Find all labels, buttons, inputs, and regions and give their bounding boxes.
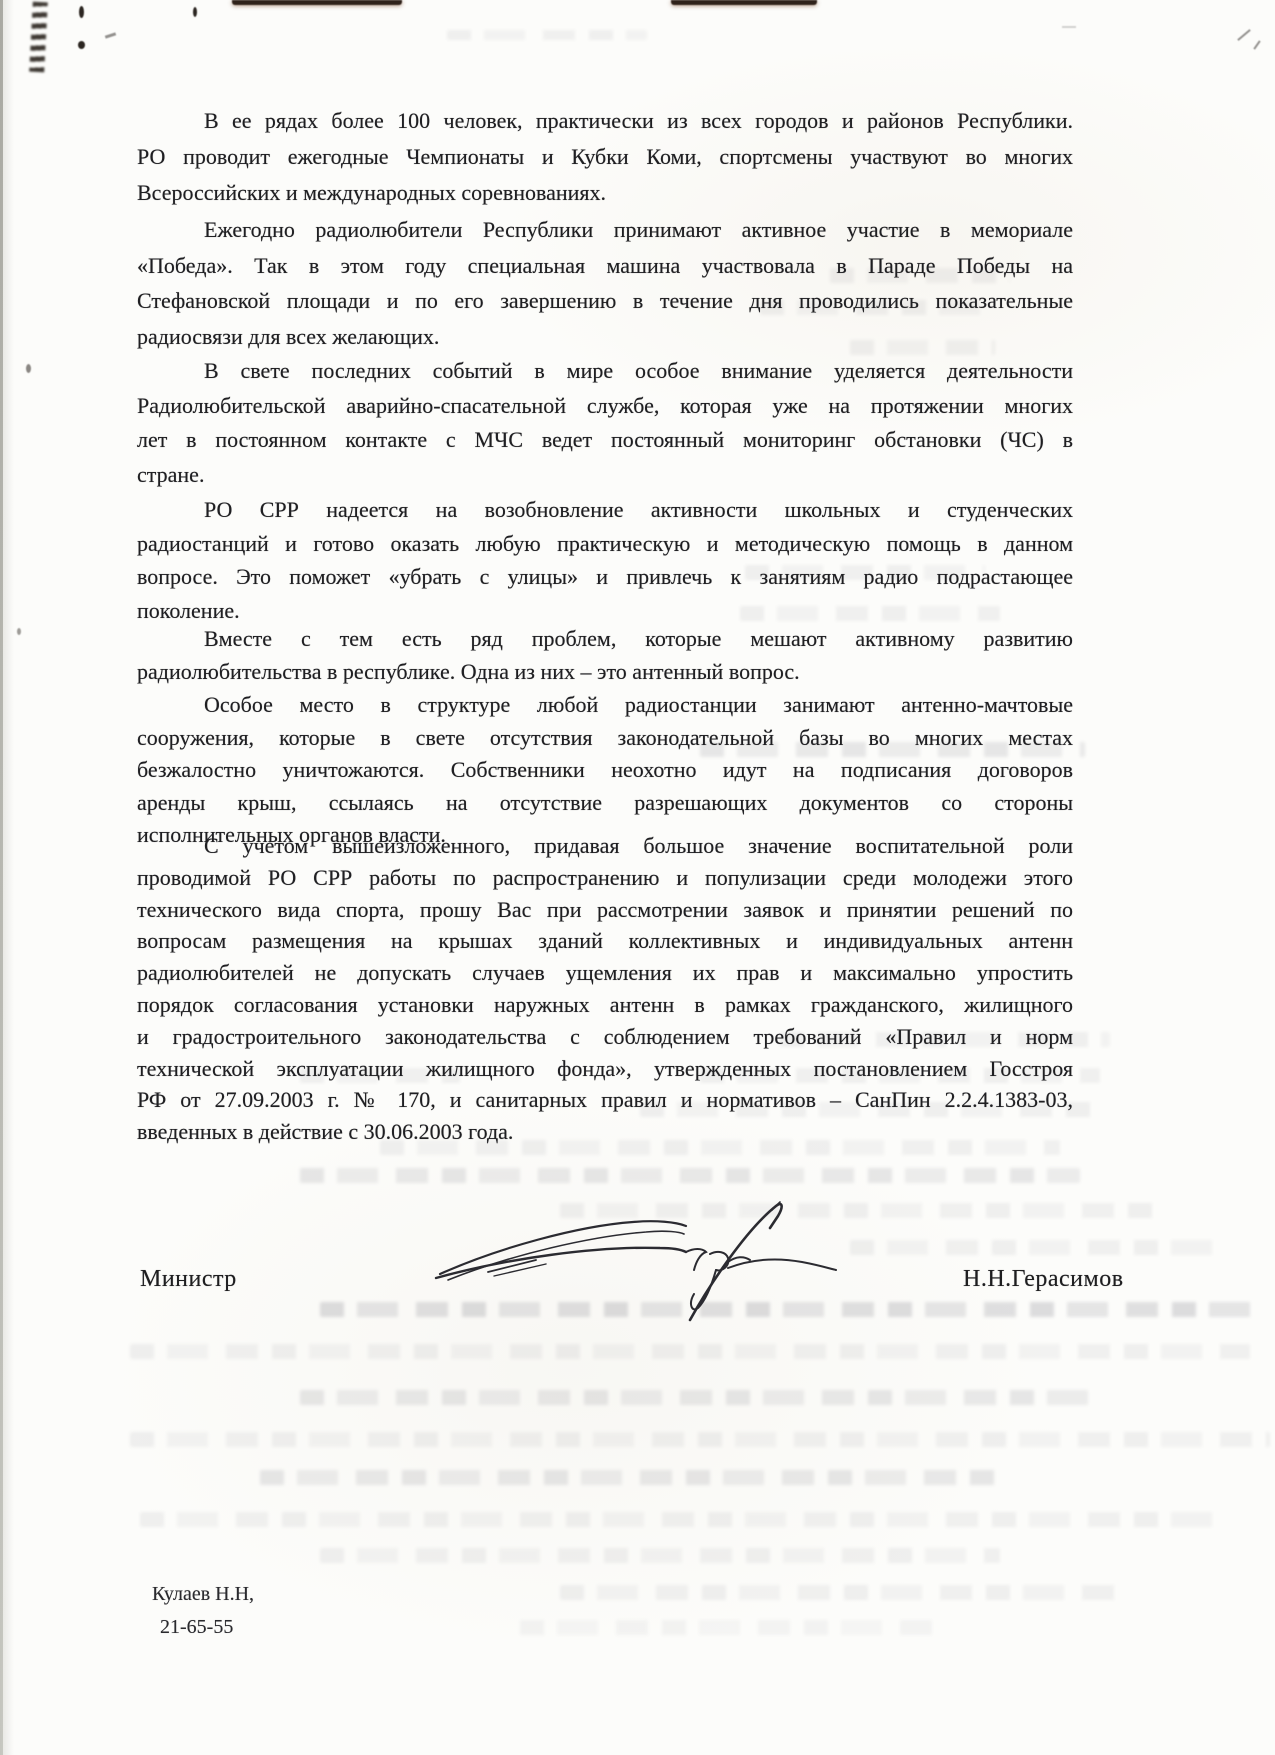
body-paragraph: РО СРР надеется на возобновление активно… xyxy=(137,493,1073,627)
text-line: «Победа». Так в этом году специальная ма… xyxy=(137,248,1073,284)
text-line: вопросам размещения на крышах зданий кол… xyxy=(137,925,1073,957)
bleed-through-line xyxy=(300,1168,1080,1183)
executor-phone: 21-65-55 xyxy=(160,1616,233,1639)
pencil-dash xyxy=(1253,40,1260,49)
text-line: Особое место в структуре любой радиостан… xyxy=(137,689,1073,722)
bleed-through-line xyxy=(260,1470,1000,1485)
text-line: сооружения, которые в свете отсутствия з… xyxy=(137,722,1073,755)
letter-page: В ее рядах более 100 человек, практическ… xyxy=(0,0,1275,1755)
scan-artifact-streak xyxy=(232,0,402,5)
signature-autograph xyxy=(428,1192,848,1337)
text-line: радиосвязи для всех желающих. xyxy=(137,319,1073,355)
ink-speck xyxy=(193,7,197,17)
scan-artifact-streak xyxy=(671,0,817,5)
text-line: РО проводит ежегодные Чемпионаты и Кубки… xyxy=(137,139,1073,175)
text-line: радиолюбительства в республике. Одна из … xyxy=(137,655,1073,688)
text-line: радиолюбителей не допускать случаев ущем… xyxy=(137,957,1073,989)
ink-speck xyxy=(78,41,85,49)
bleed-through-line xyxy=(320,1548,1000,1563)
text-line: вопросе. Это поможет «убрать с улицы» и … xyxy=(137,560,1073,594)
body-paragraph: В свете последних событий в мире особое … xyxy=(137,354,1073,492)
bleed-through-line xyxy=(850,1240,1230,1255)
bleed-through-line xyxy=(560,1585,1120,1600)
text-line: Вместе с тем есть ряд проблем, которые м… xyxy=(137,622,1073,655)
ink-speck xyxy=(79,6,84,18)
pencil-dash xyxy=(1062,26,1076,28)
text-line: технической эксплуатации жилищного фонда… xyxy=(137,1053,1073,1085)
text-line: и градостроительного законодательства с … xyxy=(137,1021,1073,1053)
text-line: радиостанций и готово оказать любую прак… xyxy=(137,527,1073,561)
executor-name: Кулаев Н.Н, xyxy=(152,1583,254,1606)
text-line: введенных в действие с 30.06.2003 года. xyxy=(137,1116,1073,1148)
scan-artifact-specks xyxy=(29,2,48,73)
pencil-dash xyxy=(105,32,116,38)
text-line: аренды крыш, ссылаясь на отсутствие разр… xyxy=(137,787,1073,820)
pencil-dash xyxy=(1237,29,1251,41)
body-paragraph: С учетом вышеизложенного, придавая больш… xyxy=(137,830,1073,1148)
text-line: С учетом вышеизложенного, придавая больш… xyxy=(137,830,1073,862)
text-line: В свете последних событий в мире особое … xyxy=(137,354,1073,389)
text-line: РФ от 27.09.2003 г. № 170, и санитарных … xyxy=(137,1084,1073,1116)
text-line: Всероссийских и международных соревнован… xyxy=(137,175,1073,211)
body-paragraph: В ее рядах более 100 человек, практическ… xyxy=(137,103,1073,211)
text-line: проводимой РО СРР работы по распростране… xyxy=(137,862,1073,894)
text-line: РО СРР надеется на возобновление активно… xyxy=(137,493,1073,527)
signer-name: Н.Н.Герасимов xyxy=(963,1266,1124,1293)
ink-speck xyxy=(17,628,21,635)
bleed-through-line xyxy=(130,1432,1270,1447)
body-paragraph: Ежегодно радиолюбители Республики приним… xyxy=(137,212,1073,354)
signer-role-label: Министр xyxy=(140,1266,237,1293)
text-line: Стефановской площади и по его завершению… xyxy=(137,283,1073,319)
text-line: Ежегодно радиолюбители Республики приним… xyxy=(137,212,1073,248)
text-line: стране. xyxy=(137,458,1073,493)
text-line: лет в постоянном контакте с МЧС ведет по… xyxy=(137,423,1073,458)
bleed-through-line xyxy=(140,1512,1230,1527)
body-paragraph: Особое место в структуре любой радиостан… xyxy=(137,689,1073,852)
text-line: Радиолюбительской аварийно-спасательной … xyxy=(137,389,1073,424)
text-line: порядок согласования установки наружных … xyxy=(137,989,1073,1021)
text-line: безжалостно уничтожаются. Собственники н… xyxy=(137,754,1073,787)
text-line: В ее рядах более 100 человек, практическ… xyxy=(137,103,1073,139)
text-line: технического вида спорта, прошу Вас при … xyxy=(137,894,1073,926)
bleed-through-line xyxy=(447,30,647,40)
bleed-through-line xyxy=(520,1620,940,1635)
scan-edge-line xyxy=(0,0,3,1755)
bleed-through-line xyxy=(130,1344,1250,1359)
ink-speck xyxy=(26,364,31,373)
bleed-through-line xyxy=(300,1390,1100,1405)
body-paragraph: Вместе с тем есть ряд проблем, которые м… xyxy=(137,622,1073,688)
